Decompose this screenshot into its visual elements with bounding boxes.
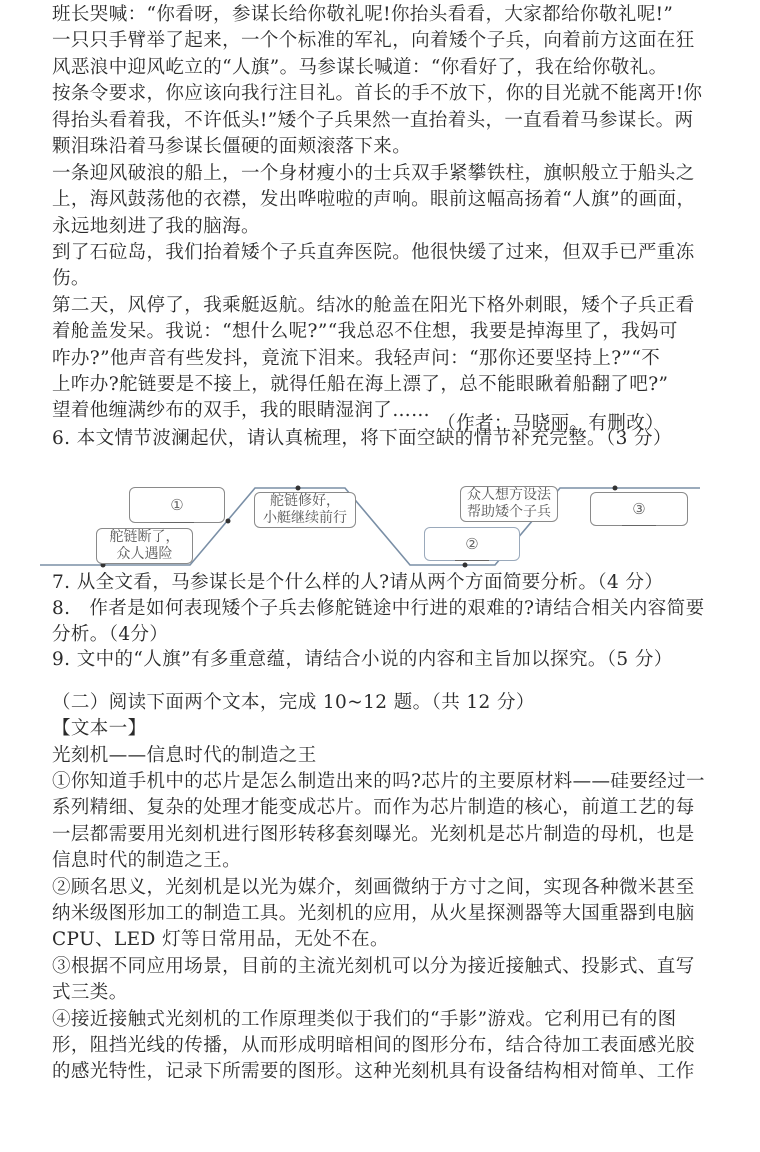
story-line: 着舱盖发呆。我说：“想什么呢?”“我总忍不住想，我要是掉海里了，我妈可 <box>52 319 678 345</box>
plot-blank-3[interactable]: ③ <box>590 492 688 526</box>
plot-diagram: 舵链断了， 众人遇险 ① 舵链修好， 小艇继续前行 ② 众人想方设法 帮助矮个子… <box>40 470 760 575</box>
story-line: 按条令要求，你应该向我行注目礼。首长的手不放下，你的目光就不能离开!你 <box>52 81 702 107</box>
story-line: 得抬头看着我，不许低头!”矮个子兵果然一直抬着头，一直看着马参谋长。两 <box>52 108 693 134</box>
article-line: ①你知道手机中的芯片是怎么制造出来的吗?芯片的主要原材料——硅要经过一 <box>52 769 705 795</box>
article-line: 一层都需要用光刻机进行图形转移套刻曝光。光刻机是芯片制造的母机，也是 <box>52 822 695 848</box>
article-line: ②顾名思义，光刻机是以光为媒介，刻画微纳于方寸之间，实现各种微米甚至 <box>52 875 695 901</box>
article-title: 光刻机——信息时代的制造之王 <box>52 743 317 769</box>
plot-node-help-soldier: 众人想方设法 帮助矮个子兵 <box>460 486 558 522</box>
story-line: 上咋办?舵链要是不接上，就得任船在海上漂了，总不能眼瞅着船翻了吧?” <box>52 372 668 398</box>
article-line: 式三类。 <box>52 980 128 1006</box>
blank-3-label: ③ <box>622 493 655 526</box>
article-line: ③根据不同应用场景，目前的主流光刻机可以分为接近接触式、投影式、直写 <box>52 954 695 980</box>
article-line: ④接近接触式光刻机的工作原理类似于我们的“手影”游戏。它利用已有的图 <box>52 1007 677 1033</box>
plot-blank-2[interactable]: ② <box>424 527 520 561</box>
story-line: 第二天，风停了，我乘艇返航。结冰的舱盖在阳光下格外刺眼，矮个子兵正看 <box>52 293 695 319</box>
story-line: 一条迎风破浪的船上，一个身材瘦小的士兵双手紧攀铁柱，旗帜般立于船头之 <box>52 161 695 187</box>
story-line: 颗泪珠沿着马参谋长僵硬的面颊滚落下来。 <box>52 134 411 160</box>
question-9: 9. 文中的“人旗”有多重意蕴，请结合小说的内容和主旨加以探究。（5 分） <box>52 647 673 673</box>
story-line: 永远地刻进了我的脑海。 <box>52 214 260 240</box>
blank-1-label: ① <box>160 488 193 523</box>
plot-node-rudder-broken: 舵链断了， 众人遇险 <box>96 528 193 564</box>
story-line: 风恶浪中迎风屹立的“人旗”。马参谋长喊道：“你看好了，我在给你敬礼。 <box>52 55 667 81</box>
story-line: 上，海风鼓荡他的衣襟，发出哗啦啦的声响。眼前这幅高扬着“人旗”的画面， <box>52 187 695 213</box>
article-line: 纳米级图形加工的制造工具。光刻机的应用，从火星探测器等大国重器到电脑 <box>52 901 695 927</box>
story-line: 伤。 <box>52 266 90 292</box>
story-line: 望着他缠满纱布的双手，我的眼睛湿润了…… <box>52 398 430 424</box>
question-8: 8. 作者是如何表现矮个子兵去修舵链途中行进的艰难的?请结合相关内容简要 <box>52 596 704 622</box>
blank-2-label: ② <box>455 528 488 561</box>
question-6: 6. 本文情节波澜起伏，请认真梳理，将下面空缺的情节补充完整。（3 分） <box>52 426 672 452</box>
article-line: 信息时代的制造之王。 <box>52 848 241 874</box>
article-line: CPU、LED 灯等日常用品，无处不在。 <box>52 927 389 953</box>
article-line: 形，阻挡光线的传播，从而形成明暗相间的图形分布，结合待加工表面感光胶 <box>52 1033 695 1059</box>
question-8-cont: 分析。（4分） <box>52 622 168 648</box>
question-7: 7. 从全文看，马参谋长是个什么样的人?请从两个方面简要分析。（4 分） <box>52 570 663 596</box>
story-line: 到了石砬岛，我们抬着矮个子兵直奔医院。他很快缓了过来，但双手已严重冻 <box>52 240 695 266</box>
article-line: 的感光特性，记录下所需要的图形。这种光刻机具有设备结构相对简单、工作 <box>52 1059 695 1085</box>
plot-node-rudder-fixed: 舵链修好， 小艇继续前行 <box>254 492 356 528</box>
article-line: 系列精细、复杂的处理才能变成芯片。而作为芯片制造的核心，前道工艺的每 <box>52 795 695 821</box>
plot-blank-1[interactable]: ① <box>129 487 225 523</box>
story-line: 一只只手臂举了起来，一个个标准的军礼，向着矮个子兵，向着前方这面在狂 <box>52 28 695 54</box>
text-one-label: 【文本一】 <box>52 716 147 742</box>
story-line: 咋办?”他声音有些发抖，竟流下泪来。我轻声问：“那你还要坚持上?”“不 <box>52 346 660 372</box>
story-line: 班长哭喊：“你看呀，参谋长给你敬礼呢!你抬头看看，大家都给你敬礼呢!” <box>52 2 673 28</box>
section-2-heading: （二）阅读下面两个文本，完成 10~12 题。（共 12 分） <box>52 690 535 716</box>
